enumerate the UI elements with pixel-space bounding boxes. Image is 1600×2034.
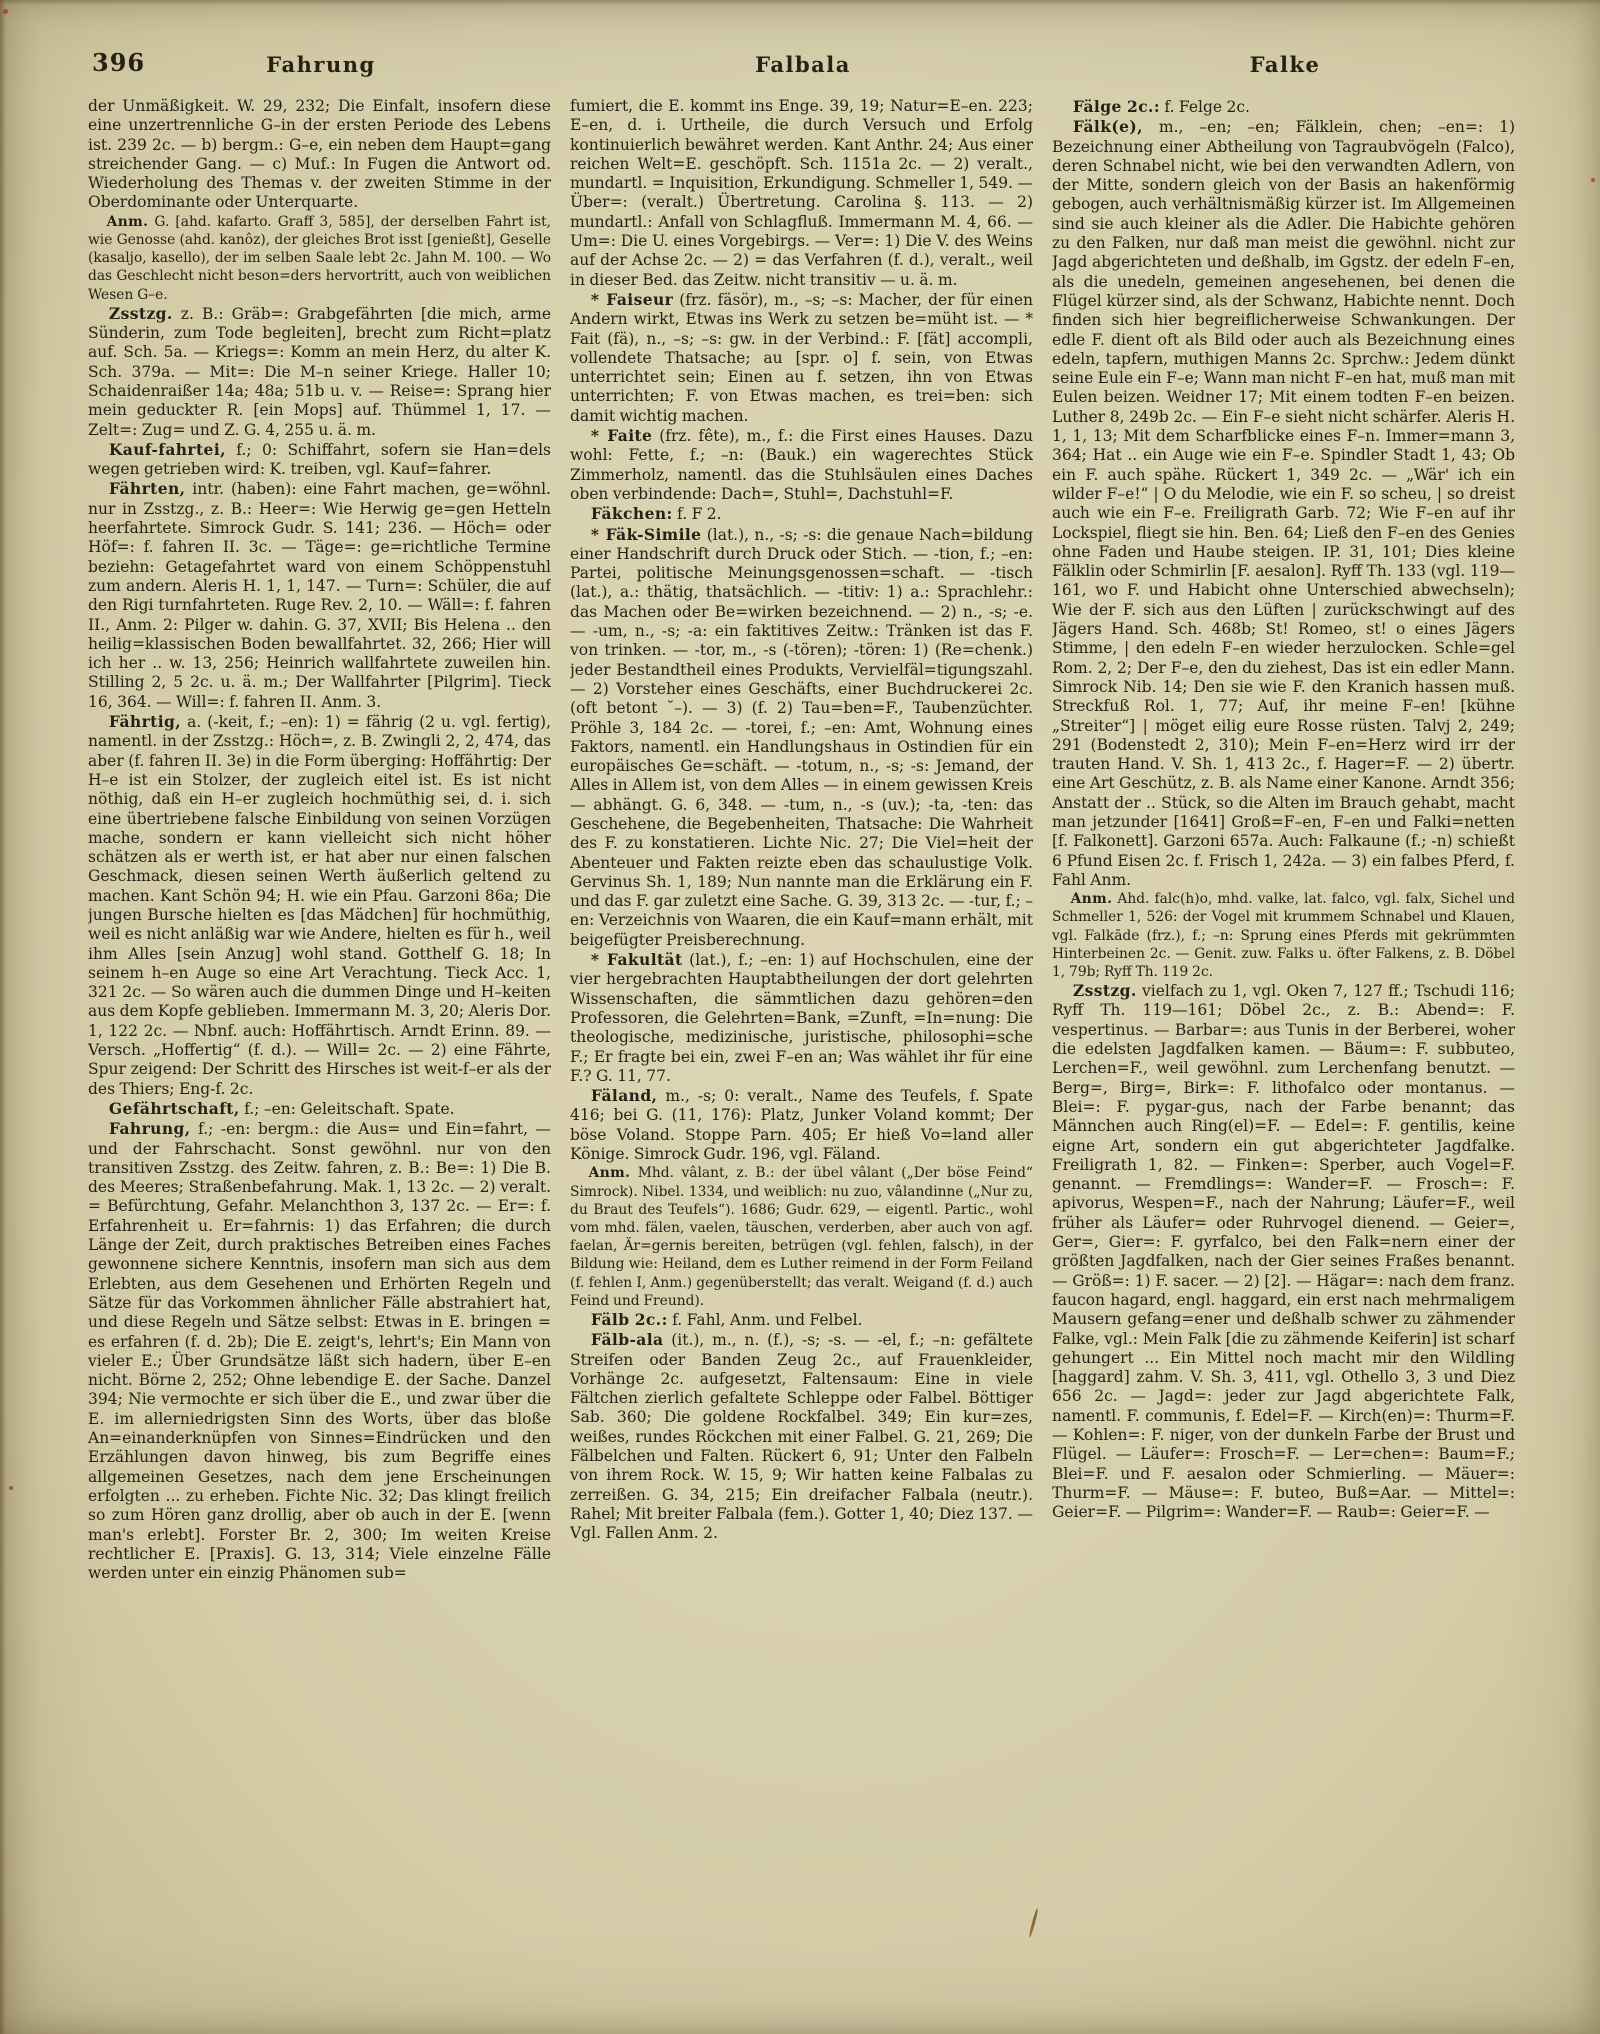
dictionary-page: 396 Fahrung Falbala Falke der Unmäßigkei… (0, 0, 1600, 2034)
paragraph: Fährten, intr. (haben): eine Fahrt mache… (88, 479, 551, 712)
headword: Fährten, (109, 479, 186, 498)
text-column-1: der Unmäßigkeit. W. 29, 232; Die Einfalt… (88, 97, 551, 1897)
paragraph: * Faiseur (frz. fäsör), m., –s; –s: Mach… (570, 290, 1033, 426)
paragraph: Fahrung, f.; -en: bergm.: die Aus= und E… (88, 1119, 551, 1583)
headword: Anm. (107, 214, 149, 230)
paragraph: Gefährtschaft, f.; –en: Geleitschaft. Sp… (88, 1099, 551, 1119)
paragraph: Fäland, m., -s; 0: veralt., Name des Teu… (570, 1086, 1033, 1164)
paragraph: Fälk(e), m., –en; –en; Fälklein, chen; –… (1052, 117, 1515, 890)
paragraph: Kauf-fahrtei, f.; 0: Schiffahrt, sofern … (88, 440, 551, 480)
scan-speck (3, 9, 8, 14)
paragraph: Fälb 2c.: f. Fahl, Anm. und Felbel. (570, 1310, 1033, 1330)
headword: Zsstzg. (109, 304, 173, 323)
paragraph: Fälb-ala (it.), m., n. (f.), -s; -s. — -… (570, 1330, 1033, 1543)
scan-speck (1591, 178, 1595, 182)
paragraph: * Faite (frz. fête), m., f.: die First e… (570, 426, 1033, 504)
paragraph: Fälge 2c.: f. Felge 2c. (1052, 97, 1515, 117)
paragraph: Zsstzg. z. B.: Gräb=: Grabgefährten [die… (88, 304, 551, 440)
paragraph: der Unmäßigkeit. W. 29, 232; Die Einfalt… (88, 97, 551, 213)
headword: Anm. (1071, 891, 1113, 907)
paragraph: Zsstzg. vielfach zu 1, vgl. Oken 7, 127 … (1052, 981, 1515, 1522)
headword: Gefährtschaft, (109, 1099, 240, 1118)
headword: Kauf-fahrtei, (109, 440, 226, 459)
headword: * Faite (591, 426, 652, 445)
paragraph: * Fakultät (lat.), f.; –en: 1) auf Hochs… (570, 950, 1033, 1086)
paragraph: Fäkchen: f. F 2. (570, 504, 1033, 524)
headword: * Faiseur (591, 290, 673, 309)
paragraph: Fährtig, a. (-keit, f.; –en): 1) = fähri… (88, 712, 551, 1099)
page-number: 396 (92, 48, 145, 77)
headword: Fälb-ala (591, 1330, 664, 1349)
headword: Fälb 2c.: (591, 1310, 668, 1329)
paragraph: Anm. Ahd. falc(h)o, mhd. valke, lat. fal… (1052, 890, 1515, 981)
running-head-right: Falke (1250, 52, 1321, 77)
headword: Fäkchen: (591, 504, 673, 523)
headword: Anm. (589, 1165, 631, 1181)
text-block: der Unmäßigkeit. W. 29, 232; Die Einfalt… (88, 97, 1515, 1897)
headword: Zsstzg. (1073, 981, 1137, 1000)
headword: Fäland, (591, 1086, 657, 1105)
headword: Fährtig, (109, 712, 181, 731)
paragraph: fumiert, die E. kommt ins Enge. 39, 19; … (570, 97, 1033, 290)
paragraph: * Fäk-Simile (lat.), n., -s; -s: die gen… (570, 525, 1033, 951)
paragraph: Anm. G. [ahd. kafarto. Graff 3, 585], de… (88, 213, 551, 304)
scan-speck (9, 1486, 13, 1490)
headword: Fälk(e), (1073, 117, 1143, 136)
scan-edge-shadow-left (0, 0, 6, 2034)
scan-edge-shadow-top (0, 0, 1600, 5)
headword: Fahrung, (109, 1119, 191, 1138)
headword: * Fakultät (591, 950, 683, 969)
text-column-2: fumiert, die E. kommt ins Enge. 39, 19; … (570, 97, 1033, 1897)
headword: Fälge 2c.: (1073, 97, 1160, 116)
running-head-center: Falbala (755, 52, 851, 77)
text-column-3: Fälge 2c.: f. Felge 2c.Fälk(e), m., –en;… (1052, 97, 1515, 1897)
headword: * Fäk-Simile (591, 525, 702, 544)
ink-stroke-mark (1028, 1908, 1038, 1938)
running-head-left: Fahrung (266, 52, 375, 77)
paragraph: Anm. Mhd. vâlant, z. B.: der übel vâlant… (570, 1164, 1033, 1310)
